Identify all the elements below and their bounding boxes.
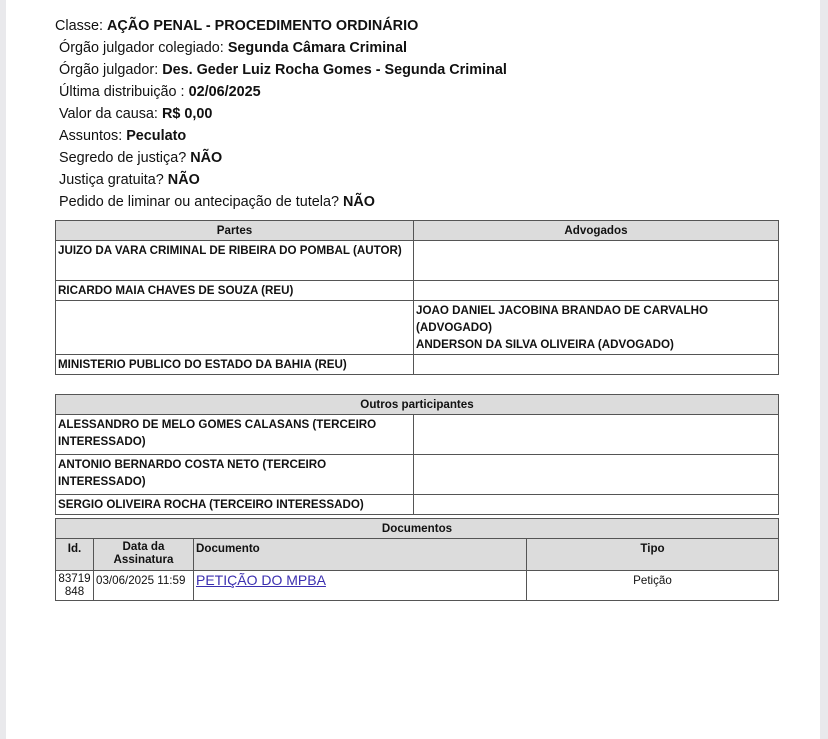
advogado-name: ANDERSON DA SILVA OLIVEIRA (ADVOGADO) [416, 336, 776, 353]
documentos-header-row: Documentos [56, 519, 779, 539]
empty-cell [414, 495, 779, 515]
orgao-colegiado-line: Órgão julgador colegiado: Segunda Câmara… [55, 37, 507, 59]
gratuita-line: Justiça gratuita? NÃO [55, 169, 507, 191]
table-row: ALESSANDRO DE MELO GOMES CALASANS (TERCE… [56, 415, 779, 455]
classe-label: Classe: [55, 18, 107, 34]
liminar-label: Pedido de liminar ou antecipação de tute… [59, 194, 343, 210]
doc-name-cell: PETIÇÃO DO MPBA [194, 571, 527, 601]
advogados-cell: JOAO DANIEL JACOBINA BRANDAO DE CARVALHO… [414, 301, 779, 355]
valor-value: R$ 0,00 [162, 106, 212, 122]
outros-header: Outros participantes [56, 395, 779, 415]
table-row: RICARDO MAIA CHAVES DE SOUZA (REU) [56, 281, 779, 301]
participante-cell: SERGIO OLIVEIRA ROCHA (TERCEIRO INTERESS… [56, 495, 414, 515]
valor-line: Valor da causa: R$ 0,00 [55, 103, 507, 125]
gratuita-value: NÃO [168, 172, 200, 188]
liminar-line: Pedido de liminar ou antecipação de tute… [55, 191, 507, 213]
assuntos-line: Assuntos: Peculato [55, 125, 507, 147]
orgao-value: Des. Geder Luiz Rocha Gomes - Segunda Cr… [162, 62, 507, 78]
col-id: Id. [56, 539, 94, 571]
segredo-label: Segredo de justiça? [59, 150, 190, 166]
document-page: Classe: AÇÃO PENAL - PROCEDIMENTO ORDINÁ… [6, 0, 820, 739]
partes-header: Partes [56, 221, 414, 241]
orgao-label: Órgão julgador: [59, 62, 162, 78]
classe-value: AÇÃO PENAL - PROCEDIMENTO ORDINÁRIO [107, 18, 418, 34]
advogados-cell [414, 355, 779, 375]
classe-line: Classe: AÇÃO PENAL - PROCEDIMENTO ORDINÁ… [55, 15, 507, 37]
participante-cell: ALESSANDRO DE MELO GOMES CALASANS (TERCE… [56, 415, 414, 455]
outros-header-row: Outros participantes [56, 395, 779, 415]
empty-cell [414, 455, 779, 495]
parte-cell: JUIZO DA VARA CRIMINAL DE RIBEIRA DO POM… [56, 241, 414, 281]
orgao-colegiado-value: Segunda Câmara Criminal [228, 40, 407, 56]
table-row: ANTONIO BERNARDO COSTA NETO (TERCEIRO IN… [56, 455, 779, 495]
table-row: SERGIO OLIVEIRA ROCHA (TERCEIRO INTERESS… [56, 495, 779, 515]
distribuicao-label: Última distribuição : [59, 84, 189, 100]
col-tipo: Tipo [527, 539, 779, 571]
advogados-header: Advogados [414, 221, 779, 241]
partes-header-row: Partes Advogados [56, 221, 779, 241]
parte-cell: RICARDO MAIA CHAVES DE SOUZA (REU) [56, 281, 414, 301]
table-row: JOAO DANIEL JACOBINA BRANDAO DE CARVALHO… [56, 301, 779, 355]
documentos-columns-row: Id. Data da Assinatura Documento Tipo [56, 539, 779, 571]
gratuita-label: Justiça gratuita? [59, 172, 168, 188]
table-row: 83719 848 03/06/2025 11:59 PETIÇÃO DO MP… [56, 571, 779, 601]
valor-label: Valor da causa: [59, 106, 162, 122]
assuntos-value: Peculato [126, 128, 186, 144]
col-documento: Documento [194, 539, 527, 571]
process-info: Classe: AÇÃO PENAL - PROCEDIMENTO ORDINÁ… [55, 15, 507, 213]
advogados-cell [414, 281, 779, 301]
col-data: Data da Assinatura [94, 539, 194, 571]
orgao-line: Órgão julgador: Des. Geder Luiz Rocha Go… [55, 59, 507, 81]
participante-cell: ANTONIO BERNARDO COSTA NETO (TERCEIRO IN… [56, 455, 414, 495]
advogado-name: JOAO DANIEL JACOBINA BRANDAO DE CARVALHO… [416, 302, 776, 336]
table-row: MINISTERIO PUBLICO DO ESTADO DA BAHIA (R… [56, 355, 779, 375]
partes-table: Partes Advogados JUIZO DA VARA CRIMINAL … [55, 220, 779, 375]
table-row: JUIZO DA VARA CRIMINAL DE RIBEIRA DO POM… [56, 241, 779, 281]
distribuicao-value: 02/06/2025 [189, 84, 261, 100]
empty-cell [414, 415, 779, 455]
outros-participantes-table: Outros participantes ALESSANDRO DE MELO … [55, 394, 779, 515]
segredo-line: Segredo de justiça? NÃO [55, 147, 507, 169]
doc-date-cell: 03/06/2025 11:59 [94, 571, 194, 601]
assuntos-label: Assuntos: [59, 128, 126, 144]
documentos-table: Documentos Id. Data da Assinatura Docume… [55, 518, 779, 601]
doc-id-cell: 83719 848 [56, 571, 94, 601]
liminar-value: NÃO [343, 194, 375, 210]
advogados-cell [414, 241, 779, 281]
parte-cell [56, 301, 414, 355]
document-link[interactable]: PETIÇÃO DO MPBA [196, 572, 326, 588]
segredo-value: NÃO [190, 150, 222, 166]
parte-cell: MINISTERIO PUBLICO DO ESTADO DA BAHIA (R… [56, 355, 414, 375]
doc-type-cell: Petição [527, 571, 779, 601]
distribuicao-line: Última distribuição : 02/06/2025 [55, 81, 507, 103]
documentos-header: Documentos [56, 519, 779, 539]
orgao-colegiado-label: Órgão julgador colegiado: [59, 40, 228, 56]
